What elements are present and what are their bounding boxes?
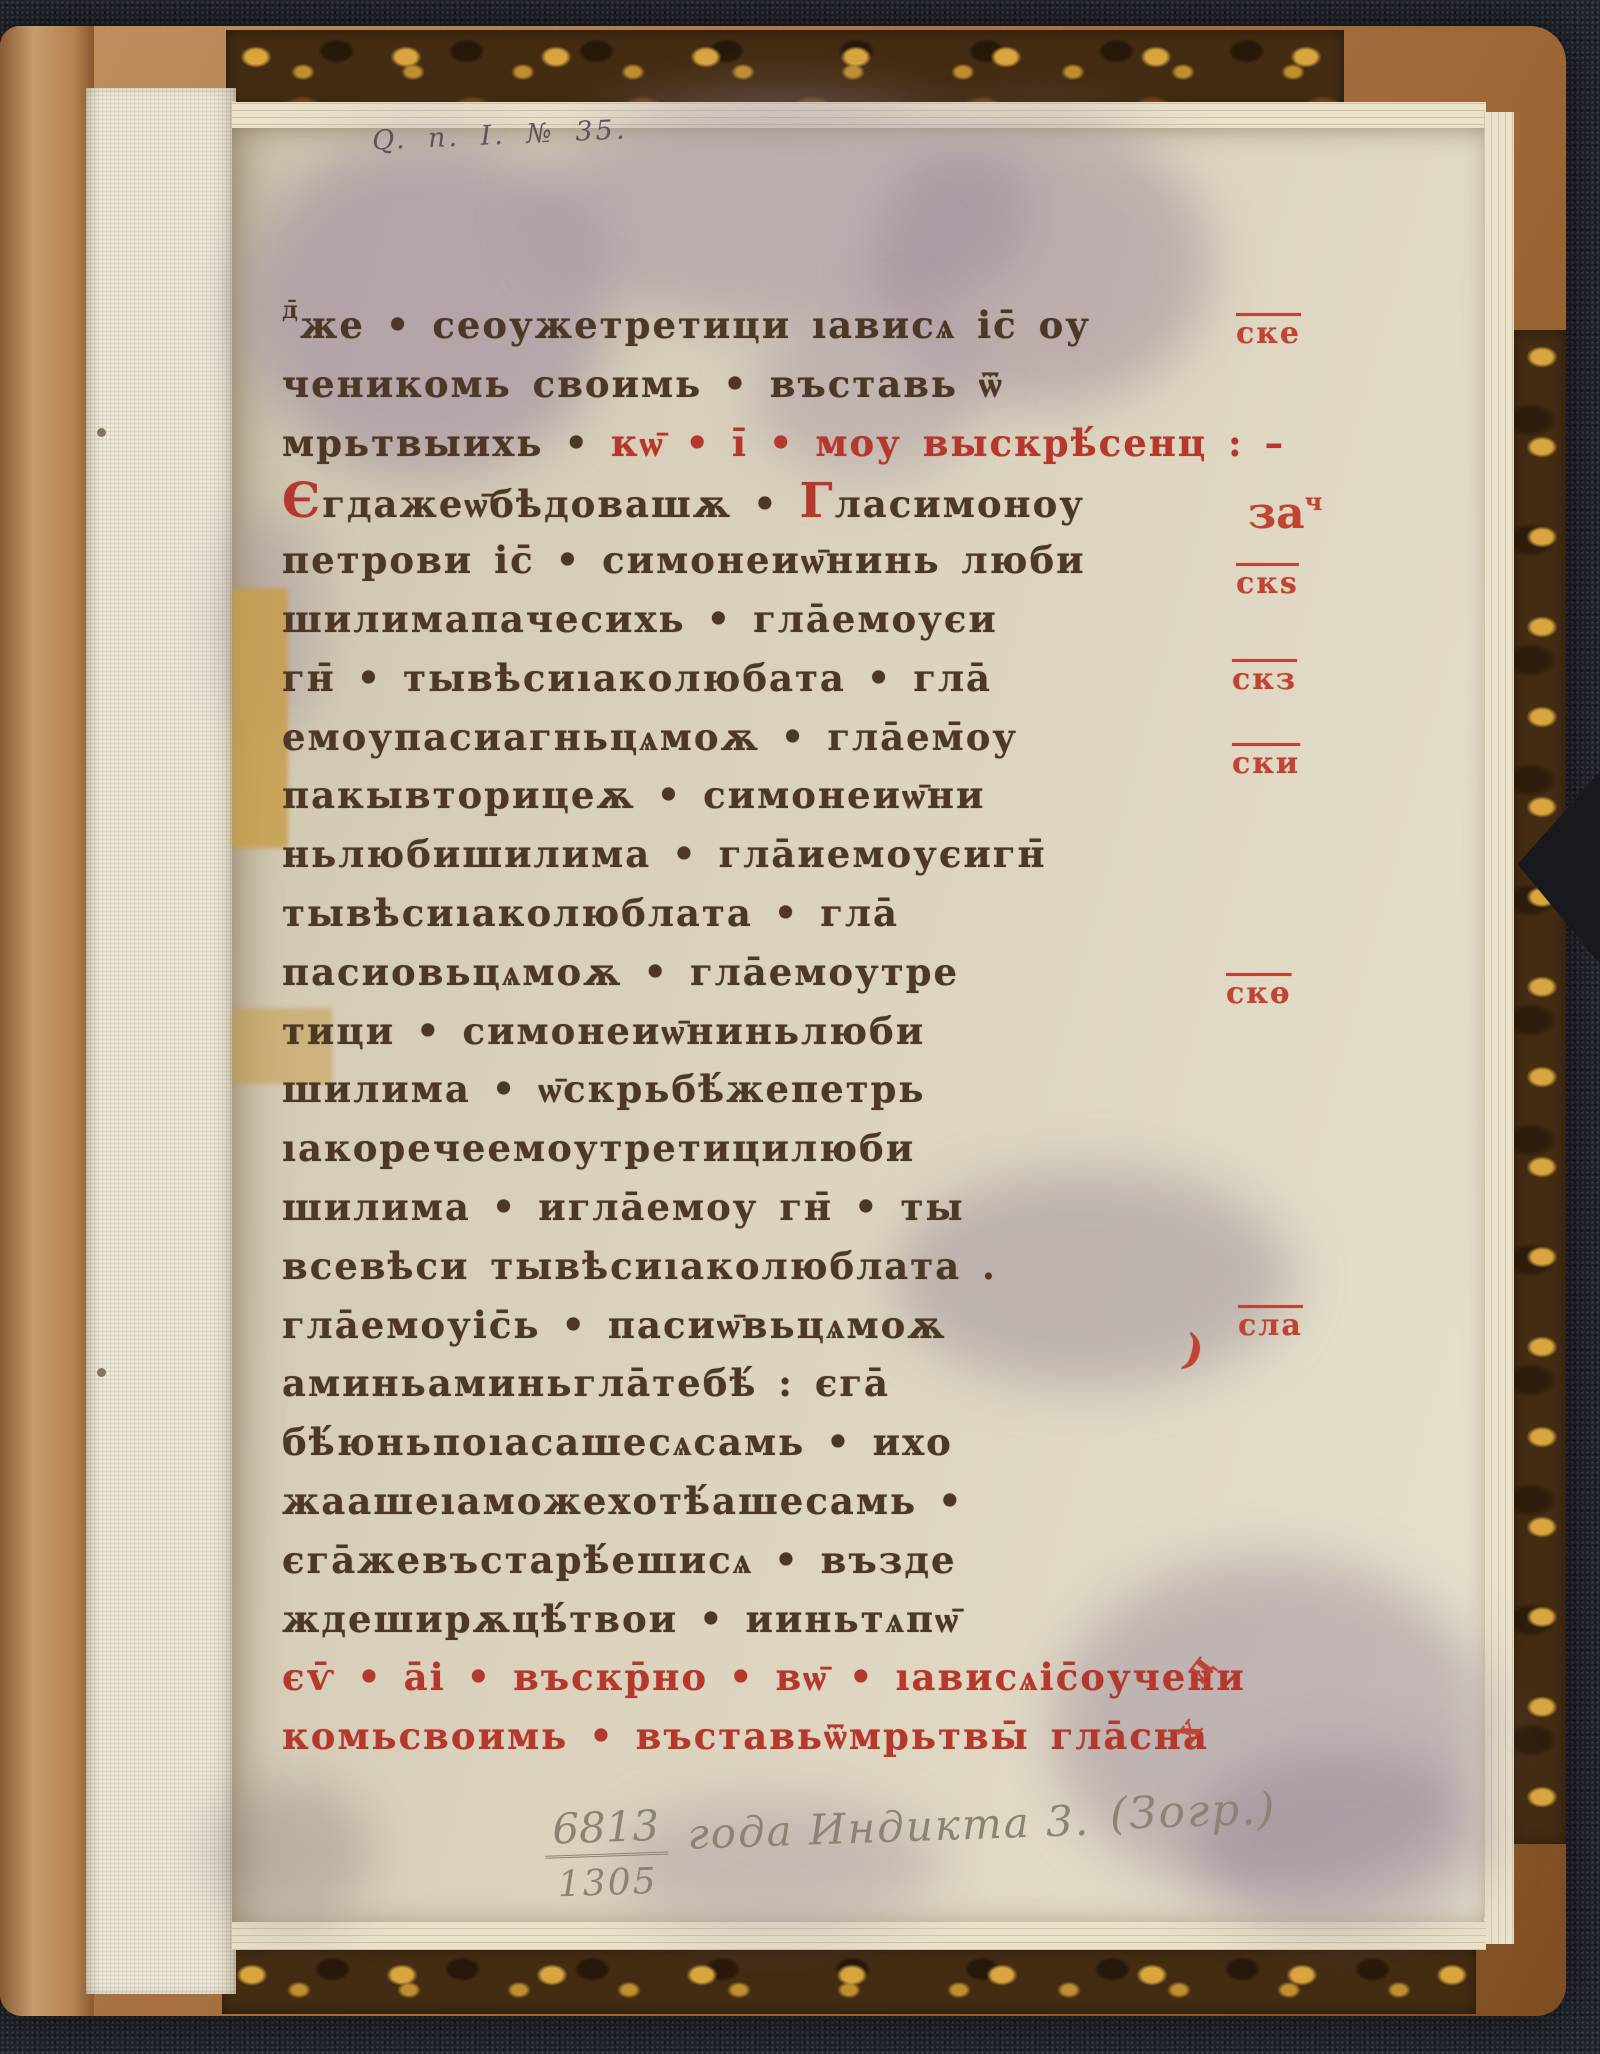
margin-section-number: сла (1238, 1308, 1303, 1343)
page-edges-right (1484, 112, 1514, 1944)
ink-segment: аминьаминьгла̄тебѣ́ : єга̄ (282, 1361, 890, 1405)
manuscript-line: жаашеıаможехотѣ́ашесамь • (282, 1472, 1212, 1531)
ink-segment: єга̄жевъстарѣ́ешисѧ • възде (282, 1538, 957, 1582)
pencil-year-anno-domini: 1305 (545, 1854, 669, 1905)
ink-segment: д̄ (282, 281, 300, 340)
rubric-segment: комьсвоимь • въставьѿмрьтвы̄ гла̄сна (282, 1714, 1209, 1758)
ink-segment: ченикомь своимь • въставь ѿ (282, 362, 1004, 406)
ink-segment: ласимоноу (835, 482, 1085, 526)
manuscript-line: тици • симонеиѡ̄ниньлюби (282, 1002, 1212, 1061)
ink-segment: гн̄ • тывѣсиıаколюбата • гла̄ (282, 656, 992, 700)
ink-segment: мрьтвыихь • (282, 421, 611, 465)
manuscript-line: тывѣсиıаколюблата • гла̄ (282, 884, 1212, 943)
ink-segment: петрови іс̄ • симонеиѡ̄нинь люби (282, 538, 1086, 582)
manuscript-line: пакывторицеѫ • симонеиѡ̄ни (282, 766, 1212, 825)
manuscript-line: всевѣси тывѣсиıаколюблата . (282, 1237, 1212, 1296)
rubric-segment: кѡ̄ • і̄ • моу выскрѣ́сенц : – (611, 421, 1285, 465)
manuscript-line: гла̄емоуіс̄ь • пасиѡ̄вьцѧмоѫ (282, 1296, 1212, 1355)
cloth-hinge (86, 88, 236, 1994)
ink-segment: гла̄емоуіс̄ь • пасиѡ̄вьцѧмоѫ (282, 1303, 947, 1347)
manuscript-line: Єгдажеѡ̄бѣдовашѫ • Гласимоноу (282, 472, 1212, 531)
ink-segment: емоупасиагньцѧмоѫ • гла̄ем̄оу (282, 715, 1018, 759)
manuscript-line: єѵ̄ • а̄і • въскр̄но • вѡ̄ • ıависѧіс̄оу… (282, 1648, 1212, 1707)
ink-segment: жаашеıаможехотѣ́ашесамь • (282, 1479, 964, 1523)
manuscript-line: бѣ́юньпоıасашесѧсамь • ихо (282, 1413, 1212, 1472)
text-block: д̄ же • сеоужетретици ıависѧ іс̄ оученик… (282, 296, 1212, 1766)
pencil-year-fraction: 6813 1305 (543, 1801, 669, 1906)
ink-segment: всевѣси тывѣсиıаколюблата . (282, 1244, 997, 1288)
manuscript-line: ченикомь своимь • въставь ѿ (282, 355, 1212, 414)
ink-segment: ждеширѫцѣ́твои • ииньтѧпѡ̄ (282, 1597, 960, 1641)
marbled-paper-bottom-band (222, 1948, 1476, 2014)
manuscript-line: єга̄жевъстарѣ́ешисѧ • възде (282, 1531, 1212, 1590)
manuscript-line: ıакоречеемоутретицилюби (282, 1119, 1212, 1178)
ink-segment: пасиовьцѧмоѫ • гла̄емоутре (282, 950, 959, 994)
ink-segment: шилимапачесихь • гла̄емоуєи (282, 597, 998, 641)
manuscript-line: шилима • игла̄емоу гн̄ • ты (282, 1178, 1212, 1237)
rubric-segment: Є (282, 473, 322, 529)
manuscript-line: комьсвоимь • въставьѿмрьтвы̄ гла̄сна (282, 1707, 1212, 1766)
manuscript-line: д̄ же • сеоужетретици ıависѧ іс̄ оу (282, 296, 1212, 355)
margin-section-number: скѳ (1226, 976, 1292, 1011)
ink-segment: шилима • игла̄емоу гн̄ • ты (282, 1185, 965, 1229)
manuscript-line: петрови іс̄ • симонеиѡ̄нинь люби (282, 531, 1212, 590)
manuscript-line: емоупасиагньцѧмоѫ • гла̄ем̄оу (282, 708, 1212, 767)
margin-section-number: ске (1236, 316, 1301, 351)
ink-segment: тывѣсиıаколюблата • гла̄ (282, 891, 899, 935)
margin-section-number: скѕ (1236, 566, 1299, 601)
tape-repair-patch (232, 588, 288, 848)
ink-segment: ıакоречеемоутретицилюби (282, 1126, 915, 1170)
ink-segment: гдажеѡ̄бѣдовашѫ • (322, 482, 799, 526)
pencil-indiction-text: года Индикта 3. (686, 1786, 1091, 1859)
ink-segment: бѣ́юньпоıасашесѧсамь • ихо (282, 1420, 953, 1464)
sewing-hole (97, 428, 106, 437)
manuscript-line: мрьтвыихь • кѡ̄ • і̄ • моу выскрѣ́сенц :… (282, 414, 1212, 473)
ink-segment: же • сеоужетретици ıависѧ іс̄ оу (300, 303, 1091, 347)
margin-section-number: скз (1232, 662, 1297, 697)
ink-segment: пакывторицеѫ • симонеиѡ̄ни (282, 773, 985, 817)
manuscript-photo: Q. п. I. № 35. д̄ же • сеоужетретици ıав… (0, 0, 1600, 2054)
manuscript-line: гн̄ • тывѣсиıаколюбата • гла̄ (282, 649, 1212, 708)
ink-segment: ньлюбишилима • гла̄иемоуєигн̄ (282, 832, 1047, 876)
manuscript-line: шилима • ѡ̄скрьбѣ́жепетрь (282, 1060, 1212, 1119)
margin-superscript: ч (1305, 487, 1323, 516)
ink-segment: тици • симонеиѡ̄ниньлюби (282, 1009, 925, 1053)
pencil-provenance-note: (Зогр.) (1109, 1779, 1277, 1840)
rubric-segment: єѵ̄ • а̄і • въскр̄но • вѡ̄ • ıависѧіс̄оу… (282, 1655, 1246, 1699)
margin-rubric-mark: зач (1248, 488, 1322, 539)
manuscript-line: аминьаминьгла̄тебѣ́ : єга̄ (282, 1354, 1212, 1413)
manuscript-line: пасиовьцѧмоѫ • гла̄емоутре (282, 943, 1212, 1002)
pencil-year-anno-mundi: 6813 (543, 1801, 668, 1859)
ink-segment: шилима • ѡ̄скрьбѣ́жепетрь (282, 1067, 926, 1111)
manuscript-line: шилимапачесихь • гла̄емоуєи (282, 590, 1212, 649)
manuscript-line: ньлюбишилима • гла̄иемоуєигн̄ (282, 825, 1212, 884)
rubric-segment: Г (800, 473, 835, 529)
sewing-hole (97, 1368, 106, 1377)
margin-section-number: ски (1232, 746, 1300, 781)
marbled-paper-right-band (1512, 330, 1566, 1844)
book-spine-leather (0, 26, 94, 2016)
marbled-paper-top-band (226, 30, 1344, 106)
mold-stain (212, 1778, 372, 1928)
manuscript-line: ждеширѫцѣ́твои • ииньтѧпѡ̄ (282, 1590, 1212, 1649)
